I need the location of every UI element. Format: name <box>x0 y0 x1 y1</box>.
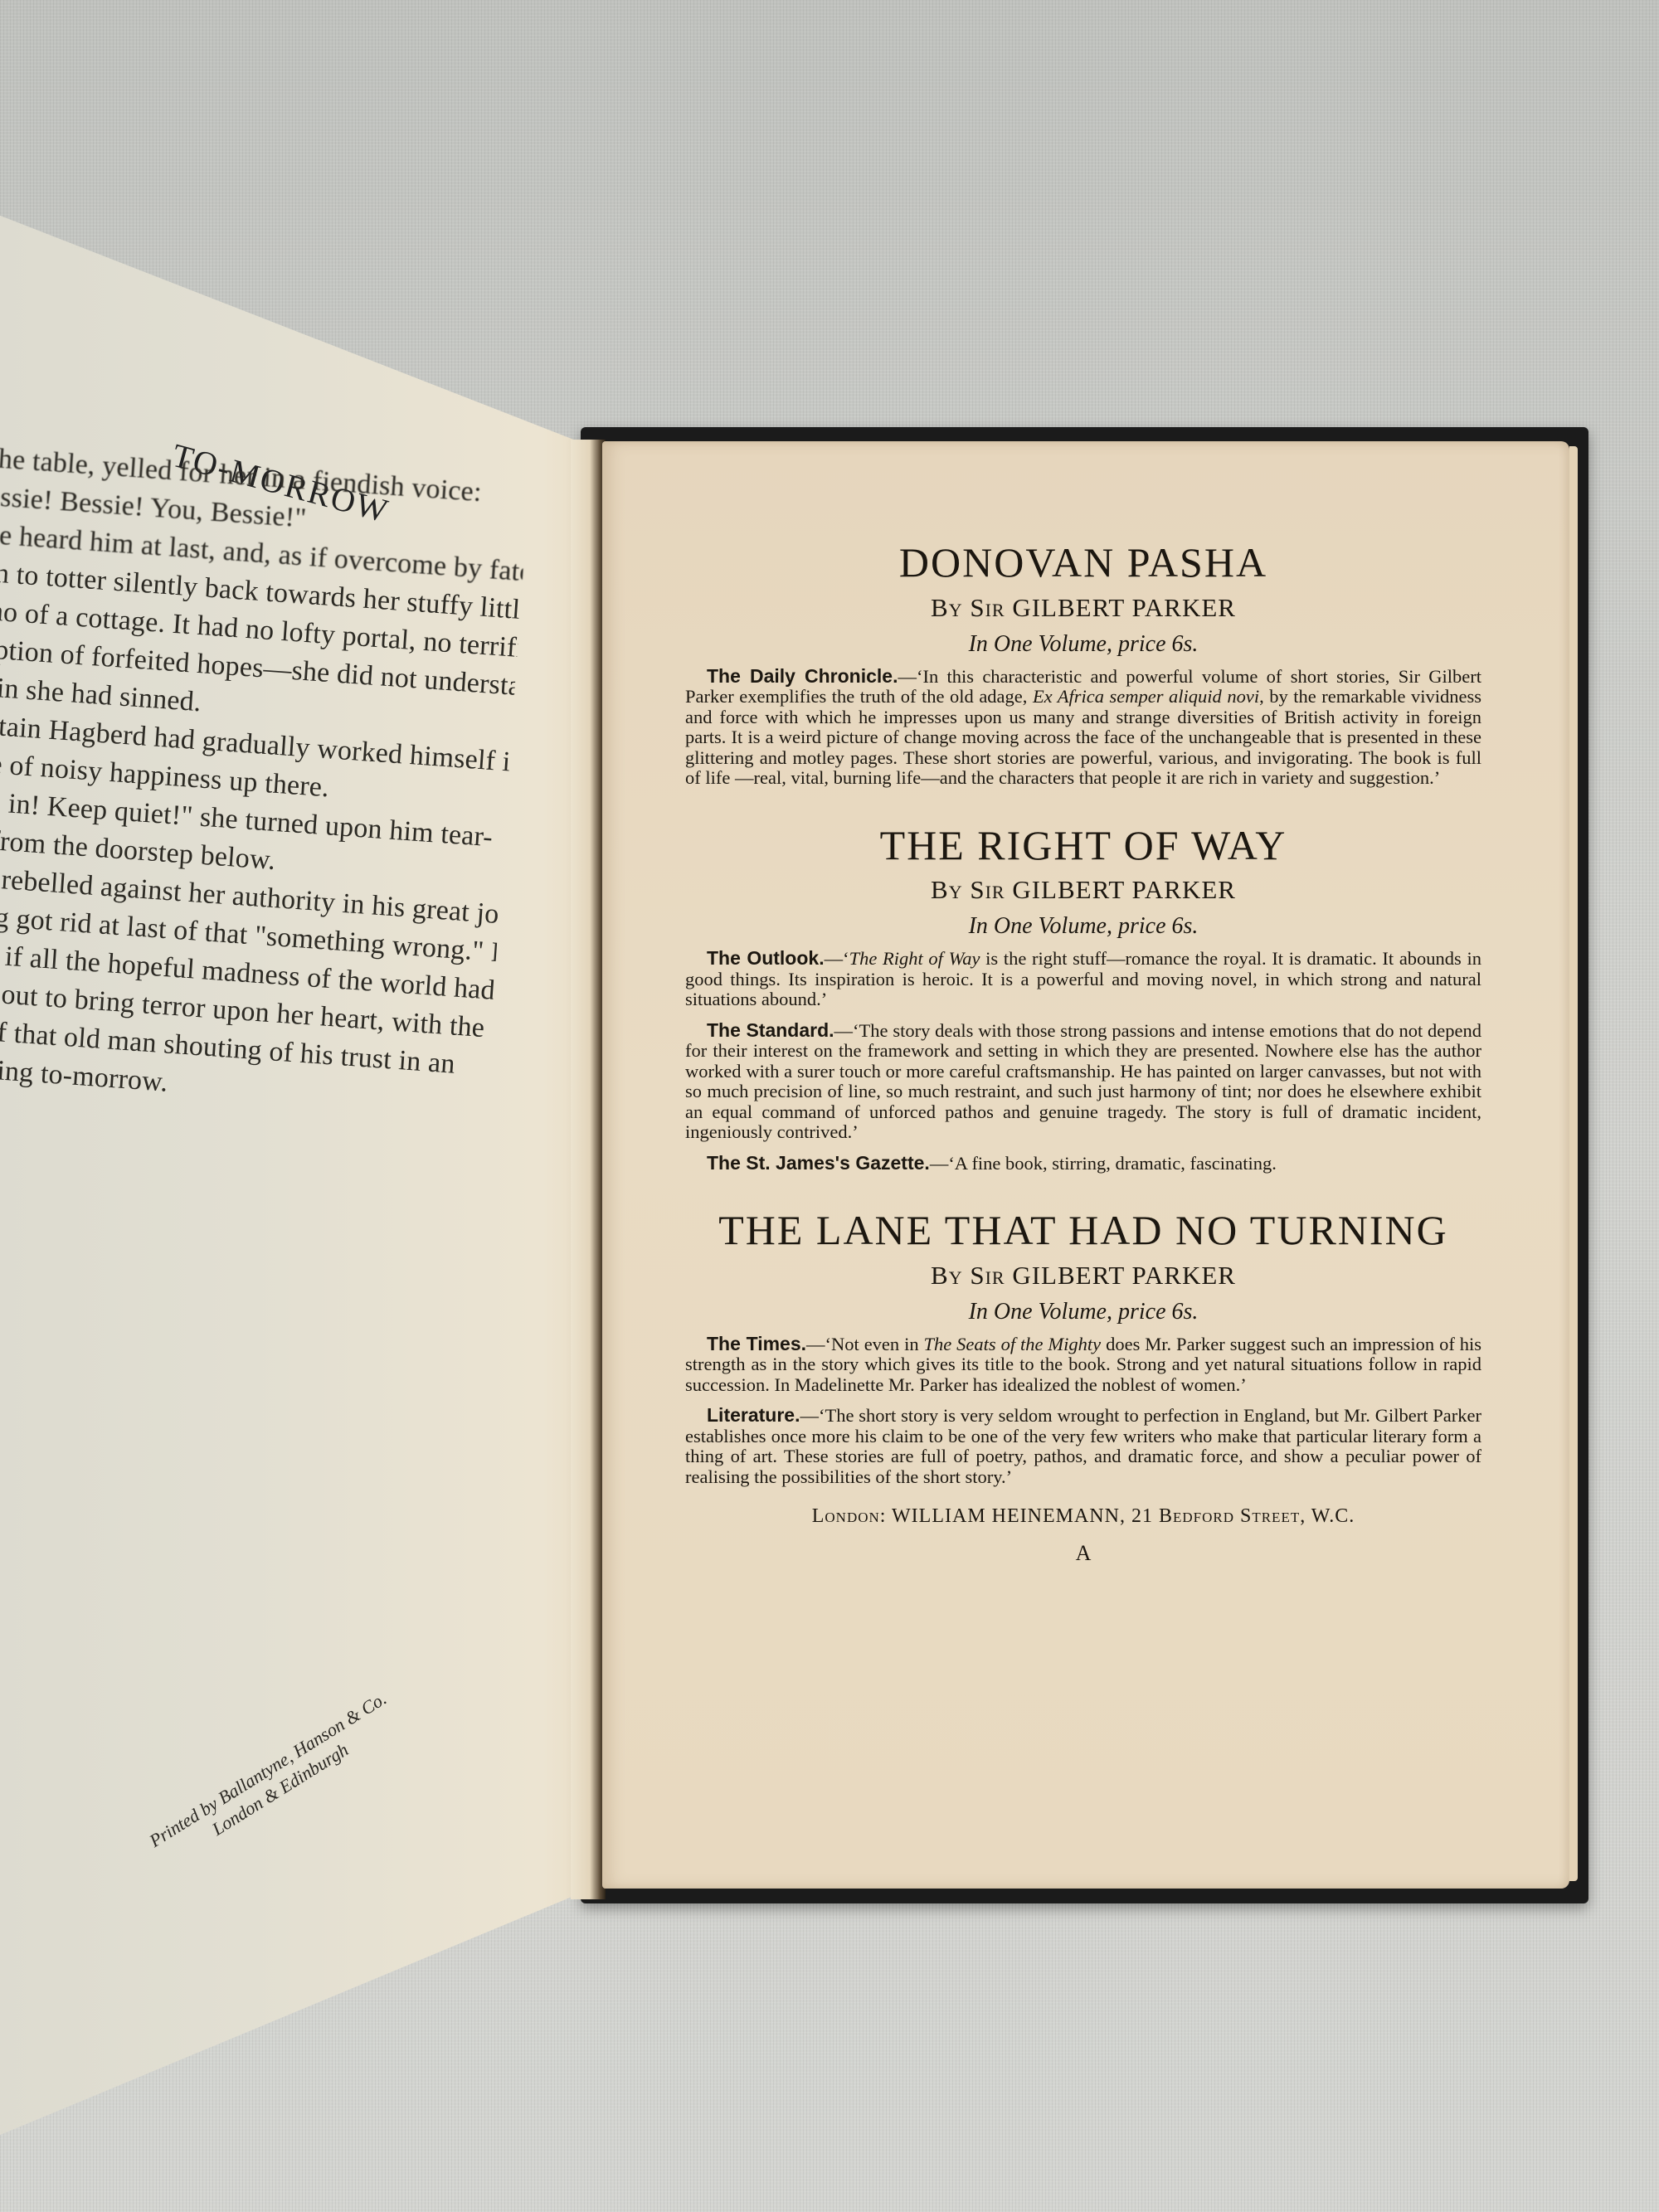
book-title: THE RIGHT OF WAY <box>685 824 1481 868</box>
review-source: The Daily Chronicle. <box>707 665 898 687</box>
review-text: —‘The short story is very seldom wrought… <box>685 1405 1481 1487</box>
book-price: In One Volume, price 6s. <box>685 913 1481 940</box>
left-page-text: the table, yelled for her in a fiendish … <box>0 440 529 1124</box>
book-listing-right-of-way: THE RIGHT OF WAY By Sir GILBERT PARKER I… <box>685 824 1481 1174</box>
review-source: The St. James's Gazette. <box>707 1152 930 1174</box>
book-title: THE LANE THAT HAD NO TURNING <box>685 1208 1481 1252</box>
review: The Standard.—‘The story deals with thos… <box>685 1020 1481 1143</box>
advertisement-content: DONOVAN PASHA By Sir GILBERT PARKER In O… <box>685 541 1481 1566</box>
review-italic-text: Ex Africa semper aliquid novi <box>1033 686 1259 707</box>
review: The St. James's Gazette.—‘A fine book, s… <box>685 1153 1481 1174</box>
review-source: The Outlook. <box>707 947 825 969</box>
page-edge <box>1569 446 1578 1881</box>
book-author: By Sir GILBERT PARKER <box>685 593 1481 623</box>
publisher-imprint: London: WILLIAM HEINEMANN, 21 Bedford St… <box>685 1505 1481 1528</box>
review: The Times.—‘Not even in The Seats of the… <box>685 1334 1481 1396</box>
signature-mark: A <box>685 1541 1481 1566</box>
review: Literature.—‘The short story is very sel… <box>685 1405 1481 1487</box>
book-listing-lane-no-turning: THE LANE THAT HAD NO TURNING By Sir GILB… <box>685 1208 1481 1487</box>
review-source: Literature. <box>707 1404 800 1426</box>
review: The Outlook.—‘The Right of Way is the ri… <box>685 948 1481 1010</box>
book-price: In One Volume, price 6s. <box>685 631 1481 658</box>
book-title: DONOVAN PASHA <box>685 541 1481 585</box>
review-source: The Times. <box>707 1333 806 1354</box>
book-listing-donovan-pasha: DONOVAN PASHA By Sir GILBERT PARKER In O… <box>685 541 1481 789</box>
review: The Daily Chronicle.—‘In this characteri… <box>685 666 1481 789</box>
book-price: In One Volume, price 6s. <box>685 1299 1481 1325</box>
review-text: —‘Not even in <box>806 1334 923 1354</box>
right-page: DONOVAN PASHA By Sir GILBERT PARKER In O… <box>602 441 1569 1889</box>
book-gutter <box>571 440 606 1899</box>
review-text: —‘A fine book, stirring, dramatic, fasci… <box>930 1153 1277 1174</box>
review-text: —‘ <box>825 948 849 969</box>
review-source: The Standard. <box>707 1019 834 1041</box>
book-author: By Sir GILBERT PARKER <box>685 1261 1481 1291</box>
review-italic-text: The Seats of the Mighty <box>924 1334 1102 1354</box>
review-italic-text: The Right of Way <box>849 948 980 969</box>
book-author: By Sir GILBERT PARKER <box>685 875 1481 905</box>
